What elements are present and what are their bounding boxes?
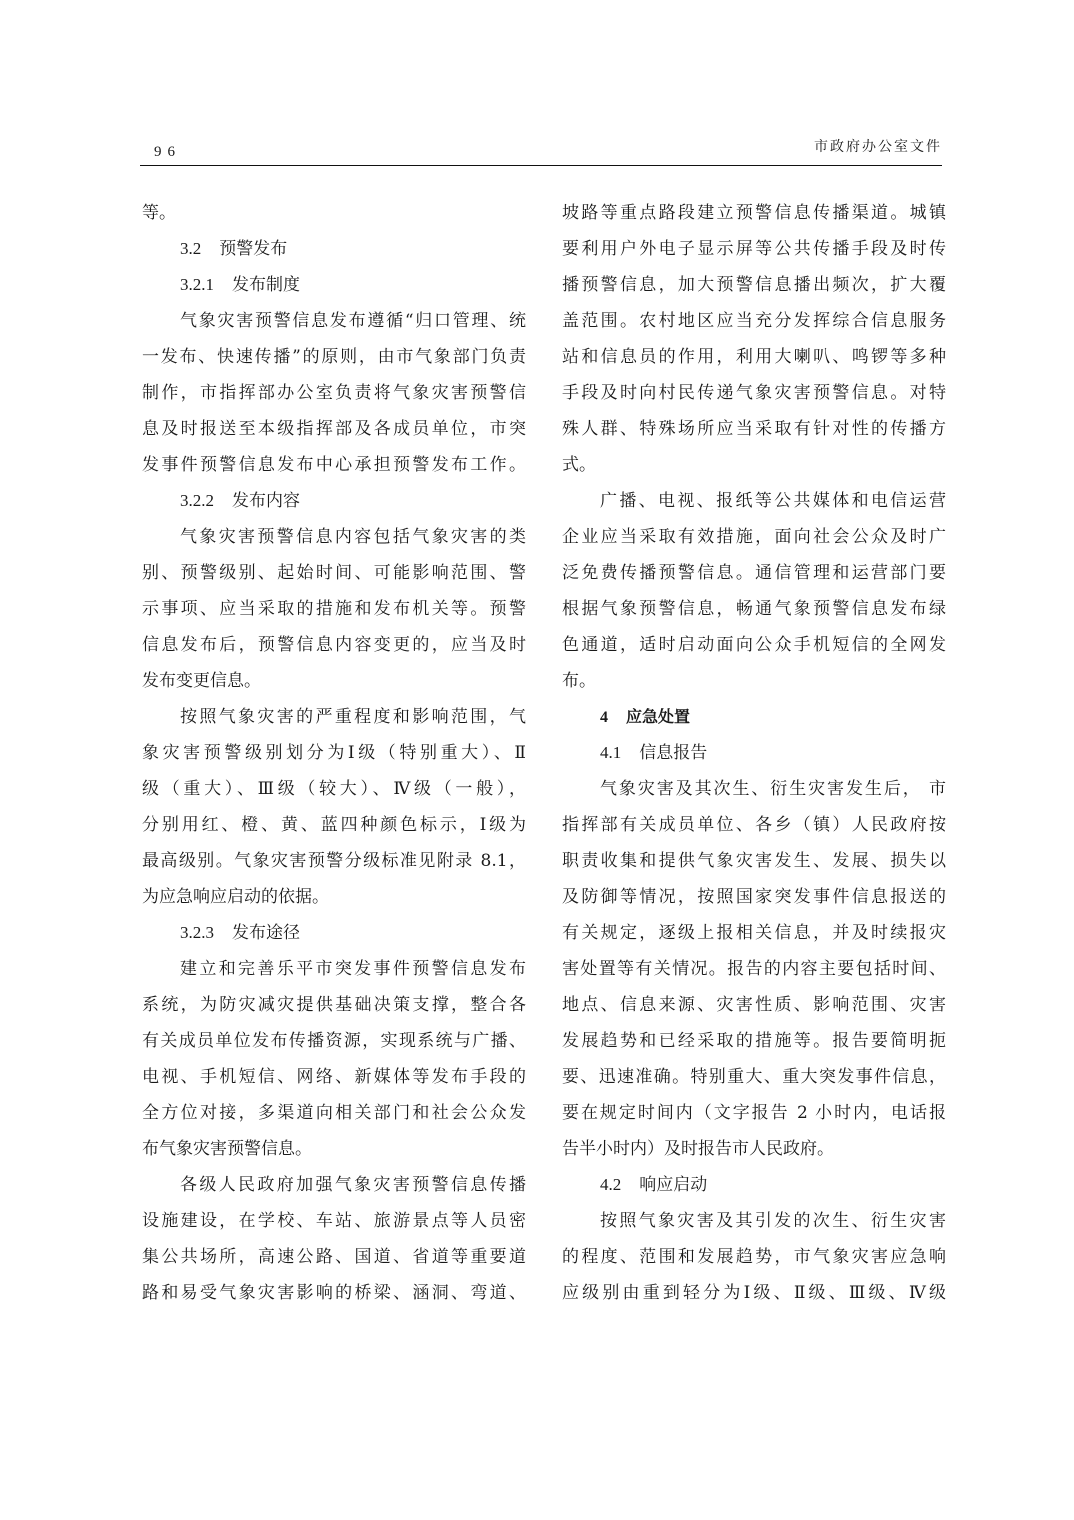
- text-line: 最高级别。气象灾害预警分级标准见附录 8.1，: [142, 843, 526, 879]
- text-line: 式。: [562, 447, 946, 483]
- text-line: 手段及时向村民传递气象灾害预警信息。对特: [562, 375, 946, 411]
- section-heading: 4.2响应启动: [562, 1167, 946, 1203]
- text-line: 按照气象灾害及其引发的次生、衍生灾害: [562, 1203, 946, 1239]
- section-title: 发布内容: [232, 491, 300, 511]
- text-line: 信息发布后，预警信息内容变更的，应当及时: [142, 627, 526, 663]
- text-line: 要利用户外电子显示屏等公共传播手段及时传: [562, 231, 946, 267]
- document-page: 96 市政府办公室文件 等。3.2预警发布3.2.1发布制度气象灾害预警信息发布…: [0, 0, 1074, 1520]
- text-line: 泛免费传播预警信息。通信管理和运营部门要: [562, 555, 946, 591]
- section-number: 4.1: [600, 735, 621, 771]
- text-line: 根据气象预警信息，畅通气象预警信息发布绿: [562, 591, 946, 627]
- section-title: 应急处置: [626, 707, 690, 726]
- text-line: 示事项、应当采取的措施和发布机关等。预警: [142, 591, 526, 627]
- section-heading: 3.2.3发布途径: [142, 915, 526, 951]
- text-line: 气象灾害预警信息发布遵循“归口管理、统: [142, 303, 526, 339]
- text-line: 应级别由重到轻分为Ⅰ级、Ⅱ级、Ⅲ级、Ⅳ级: [562, 1275, 946, 1311]
- text-line: 气象灾害预警信息内容包括气象灾害的类: [142, 519, 526, 555]
- text-line: 建立和完善乐平市突发事件预警信息发布: [142, 951, 526, 987]
- text-line: 色通道，适时启动面向公众手机短信的全网发: [562, 627, 946, 663]
- text-line: 级（重大）、Ⅲ级（较大）、Ⅳ级（一般），: [142, 771, 526, 807]
- section-title: 预警发布: [219, 239, 287, 259]
- text-line: 指挥部有关成员单位、各乡（镇）人民政府按: [562, 807, 946, 843]
- section-number: 3.2.3: [180, 915, 214, 951]
- left-column: 等。3.2预警发布3.2.1发布制度气象灾害预警信息发布遵循“归口管理、统一发布…: [142, 195, 526, 1311]
- right-column: 坡路等重点路段建立预警信息传播渠道。城镇要利用户外电子显示屏等公共传播手段及时传…: [562, 195, 946, 1311]
- text-line: 发展趋势和已经采取的措施等。报告要简明扼: [562, 1023, 946, 1059]
- text-line: 企业应当采取有效措施，面向社会公众及时广: [562, 519, 946, 555]
- text-line: 全方位对接，多渠道向相关部门和社会公众发: [142, 1095, 526, 1131]
- text-line: 一发布、快速传播”的原则，由市气象部门负责: [142, 339, 526, 375]
- text-line: 布。: [562, 663, 946, 699]
- text-line: 为应急响应启动的依据。: [142, 879, 526, 915]
- text-line: 布气象灾害预警信息。: [142, 1131, 526, 1167]
- text-line: 地点、信息来源、灾害性质、影响范围、灾害: [562, 987, 946, 1023]
- text-line: 殊人群、特殊场所应当采取有针对性的传播方: [562, 411, 946, 447]
- section-number: 3.2.1: [180, 267, 214, 303]
- section-heading: 3.2.2发布内容: [142, 483, 526, 519]
- text-line: 告半小时内）及时报告市人民政府。: [562, 1131, 946, 1167]
- text-line: 路和易受气象灾害影响的桥梁、涵洞、弯道、: [142, 1275, 526, 1311]
- section-heading: 3.2.1发布制度: [142, 267, 526, 303]
- text-line: 电视、手机短信、网络、新媒体等发布手段的: [142, 1059, 526, 1095]
- text-line: 系统，为防灾减灾提供基础决策支撑，整合各: [142, 987, 526, 1023]
- text-line: 有关成员单位发布传播资源，实现系统与广播、: [142, 1023, 526, 1059]
- text-line: 职责收集和提供气象灾害发生、发展、损失以: [562, 843, 946, 879]
- text-line: 等。: [142, 195, 526, 231]
- header-divider: [140, 165, 942, 166]
- section-title: 发布制度: [232, 275, 300, 295]
- section-title: 信息报告: [639, 743, 707, 763]
- text-line: 按照气象灾害的严重程度和影响范围，气: [142, 699, 526, 735]
- text-line: 集公共场所，高速公路、国道、省道等重要道: [142, 1239, 526, 1275]
- text-line: 害处置等有关情况。报告的内容主要包括时间、: [562, 951, 946, 987]
- section-title: 响应启动: [639, 1175, 707, 1195]
- text-line: 要在规定时间内（文字报告 2 小时内，电话报: [562, 1095, 946, 1131]
- section-heading: 4.1信息报告: [562, 735, 946, 771]
- section-title: 发布途径: [232, 923, 300, 943]
- text-line: 设施建设，在学校、车站、旅游景点等人员密: [142, 1203, 526, 1239]
- text-line: 息及时报送至本级指挥部及各成员单位，市突: [142, 411, 526, 447]
- text-line: 各级人民政府加强气象灾害预警信息传播: [142, 1167, 526, 1203]
- text-line: 象灾害预警级别划分为Ⅰ级（特别重大）、Ⅱ: [142, 735, 526, 771]
- text-line: 气象灾害及其次生、衍生灾害发生后， 市: [562, 771, 946, 807]
- text-line: 坡路等重点路段建立预警信息传播渠道。城镇: [562, 195, 946, 231]
- text-line: 的程度、范围和发展趋势，市气象灾害应急响: [562, 1239, 946, 1275]
- section-number: 4: [600, 700, 608, 735]
- text-line: 有关规定，逐级上报相关信息，并及时续报灾: [562, 915, 946, 951]
- text-line: 站和信息员的作用，利用大喇叭、鸣锣等多种: [562, 339, 946, 375]
- text-line: 播预警信息，加大预警信息播出频次，扩大覆: [562, 267, 946, 303]
- text-line: 发布变更信息。: [142, 663, 526, 699]
- section-number: 4.2: [600, 1167, 621, 1203]
- text-line: 制作，市指挥部办公室负责将气象灾害预警信: [142, 375, 526, 411]
- section-heading: 4应急处置: [562, 699, 946, 735]
- text-line: 盖范围。农村地区应当充分发挥综合信息服务: [562, 303, 946, 339]
- text-line: 分别用红、橙、黄、蓝四种颜色标示，Ⅰ级为: [142, 807, 526, 843]
- page-number: 96: [154, 144, 181, 161]
- text-line: 广播、电视、报纸等公共媒体和电信运营: [562, 483, 946, 519]
- text-line: 及防御等情况，按照国家突发事件信息报送的: [562, 879, 946, 915]
- section-number: 3.2.2: [180, 483, 214, 519]
- text-line: 要、迅速准确。特别重大、重大突发事件信息，: [562, 1059, 946, 1095]
- running-title: 市政府办公室文件: [814, 136, 942, 156]
- text-line: 别、预警级别、起始时间、可能影响范围、警: [142, 555, 526, 591]
- section-heading: 3.2预警发布: [142, 231, 526, 267]
- page-header: 96 市政府办公室文件: [140, 136, 942, 166]
- section-number: 3.2: [180, 231, 201, 267]
- text-line: 发事件预警信息发布中心承担预警发布工作。: [142, 447, 526, 483]
